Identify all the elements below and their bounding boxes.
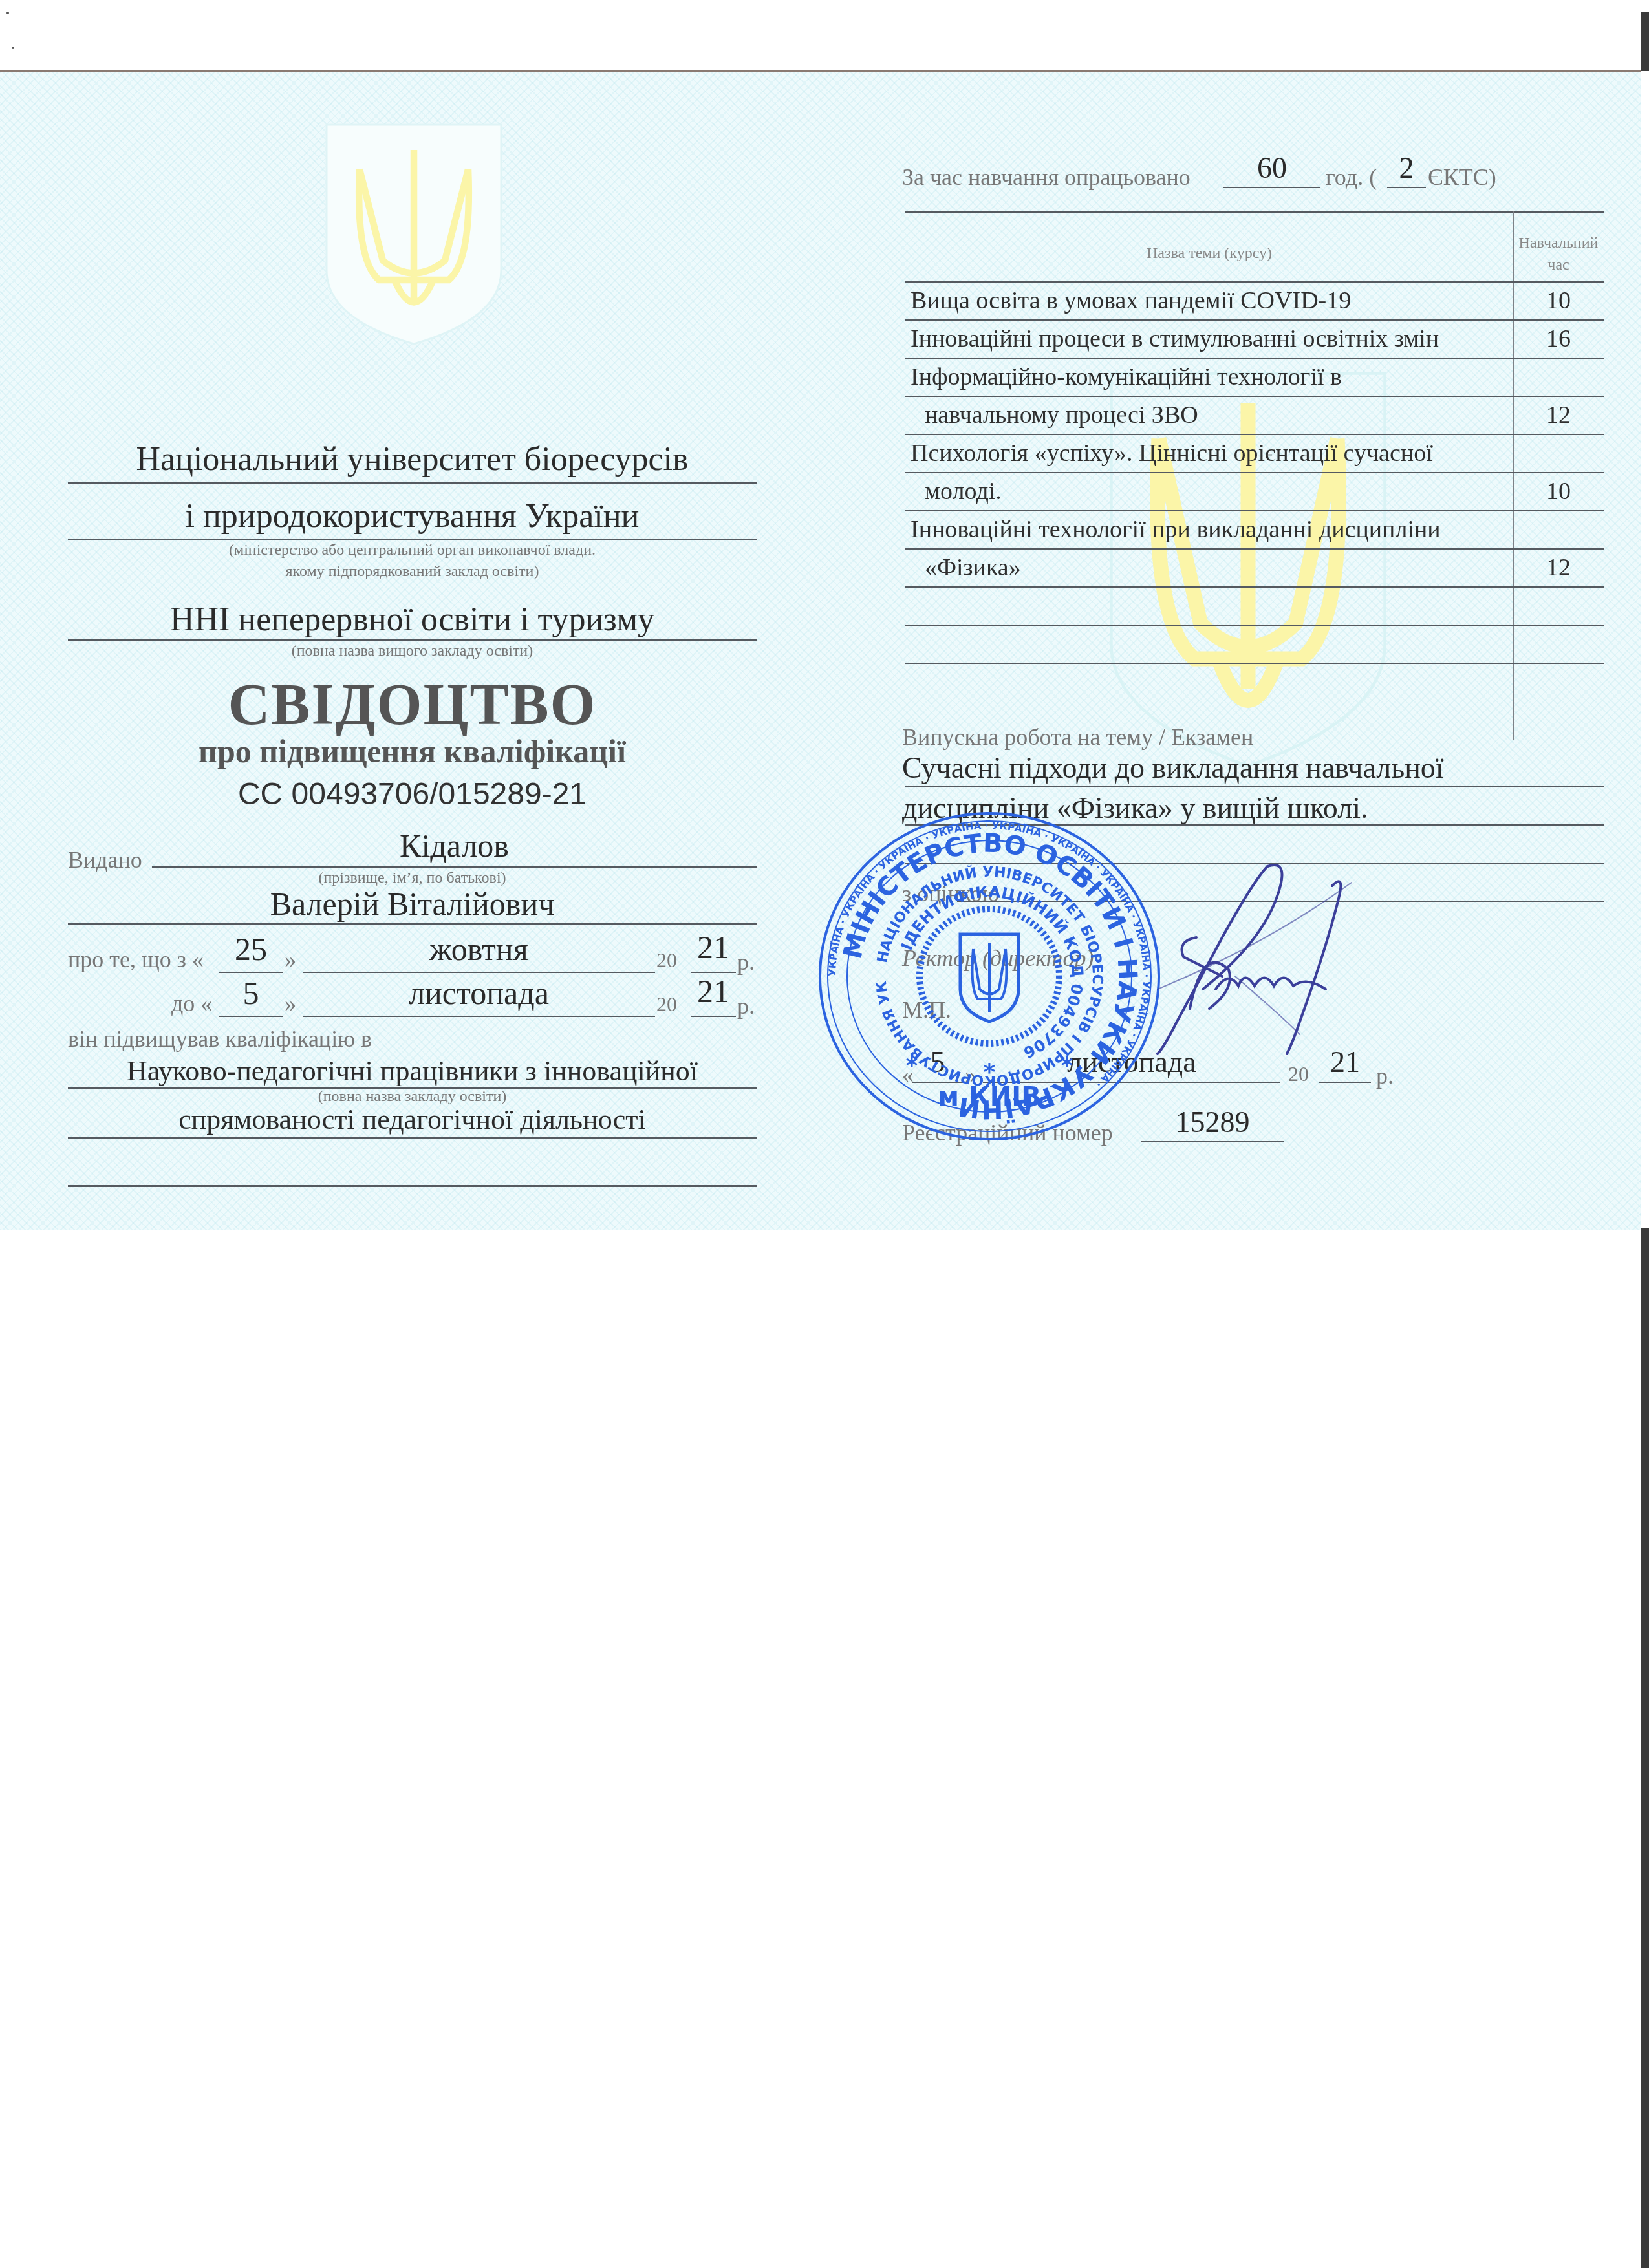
year-suffix: р. [737,948,755,976]
table-rule [905,663,1604,664]
recipient-surname: Кідалов [152,827,757,864]
svg-text:*: * [906,1053,918,1079]
rule [905,786,1604,787]
century: 20 [656,948,677,972]
column-header-hours: Навчальний час [1513,232,1604,276]
ministry-caption-line1: (міністерство або центральний орган вико… [68,542,757,559]
hours-cell: 16 [1513,325,1604,353]
stamp-city: м.КИЇВ [938,1081,1040,1112]
rule [68,539,757,540]
period-from-year: 21 [691,928,736,966]
hours-cell: 12 [1513,553,1604,582]
rule [1387,187,1426,188]
svg-text:*: * [1061,1053,1073,1079]
signature-icon [1138,860,1474,1067]
hours-unit: год. ( [1326,164,1377,191]
rule [219,1016,283,1017]
period-from-month: жовтня [303,930,655,968]
rule [1223,187,1320,188]
topic-cell: молоді. [925,477,1002,506]
certificate-number: СС 00493706/015289-21 [68,776,757,812]
scan-speck [12,47,14,49]
program-line1: Науково-педагогічні працівники з інновац… [68,1054,757,1087]
training-label: він підвищував кваліфікацію в [68,1025,372,1053]
table-rule [905,434,1604,435]
period-to-prefix: до « [171,990,212,1017]
rule [68,639,757,641]
ects-unit: ЄКТС) [1428,164,1496,191]
official-stamp-icon: УКРАЇНА · УКРАЇНА · УКРАЇНА · УКРАЇНА · … [808,802,1170,1151]
final-work-label: Випускна робота на тему / Екзамен [902,723,1253,751]
column-header-topic: Назва теми (курсу) [905,245,1513,262]
institution-name-line1: Національний університет біоресурсів [68,440,757,478]
hours-cell: 12 [1513,401,1604,429]
rule [1319,1082,1371,1083]
final-work-title-line1: Сучасні підходи до викладання навчальної [902,751,1444,785]
rule [219,972,283,973]
rule [303,972,655,973]
period-to-day: 5 [219,974,283,1012]
column-header-hours-line2: час [1513,254,1604,276]
hours-cell: 10 [1513,477,1604,506]
topic-cell: Вища освіта в умовах пандемії COVID-19 [911,286,1351,315]
topic-cell: Психологія «успіху». Ціннісні орієнтації… [911,439,1433,467]
document-title: СВІДОЦТВО [68,672,757,738]
column-header-hours-line1: Навчальний [1513,232,1604,254]
period-from-prefix: про те, що з « [68,946,204,973]
recipient-given-names: Валерій Віталійович [68,885,757,923]
quote-close: » [285,990,296,1017]
rule [691,1016,736,1017]
total-hours: 60 [1223,151,1320,185]
table-rule [905,281,1604,283]
name-caption: (прізвище, ім’я, по батькові) [68,870,757,887]
scanner-edge-top [1641,12,1649,71]
unit-caption: (повна назва вищого закладу освіти) [68,643,757,660]
table-rule [905,586,1604,588]
svg-text:*: * [984,1059,996,1086]
coat-of-arms-watermark-icon [314,115,514,348]
topic-cell: «Фізика» [925,553,1021,582]
rule [68,1185,757,1187]
table-rule [905,319,1604,321]
rule [68,482,757,484]
topic-cell: Інноваційні технології при викладанні ди… [911,515,1441,544]
program-line2: спрямованості педагогічної діяльності [68,1103,757,1136]
rule [68,1137,757,1139]
period-to-year: 21 [691,972,736,1010]
period-from-day: 25 [219,930,283,968]
table-rule [905,625,1604,626]
institution-name-line2: і природокористування України [68,497,757,535]
quote-close: » [285,946,296,973]
century: 20 [656,992,677,1016]
hours-summary-prefix: За час навчання опрацьовано [902,164,1191,191]
rule [303,1016,655,1017]
hours-cell: 10 [1513,286,1604,315]
document-subtitle: про підвищення кваліфікації [68,733,757,770]
ects-credits: 2 [1387,151,1426,185]
table-rule [905,396,1604,397]
scan-speck [6,12,9,14]
table-rule [905,211,1604,213]
ministry-caption-line2: якому підпорядкований заклад освіти) [68,563,757,581]
topic-cell: Інноваційні процеси в стимулюванні освіт… [911,325,1439,353]
year-suffix: р. [737,992,755,1020]
unit-name: ННІ неперервної освіти і туризму [68,601,757,639]
table-rule [905,510,1604,511]
table-rule [905,548,1604,550]
table-rule [905,358,1604,359]
table-rule [905,472,1604,473]
topic-cell: навчальному процесі ЗВО [925,401,1198,429]
rule [68,923,757,925]
period-to-month: листопада [303,974,655,1012]
topic-cell: Інформаційно-комунікаційні технології в [911,363,1342,391]
rule [152,866,757,868]
scanner-edge-bottom [1641,1228,1649,2268]
